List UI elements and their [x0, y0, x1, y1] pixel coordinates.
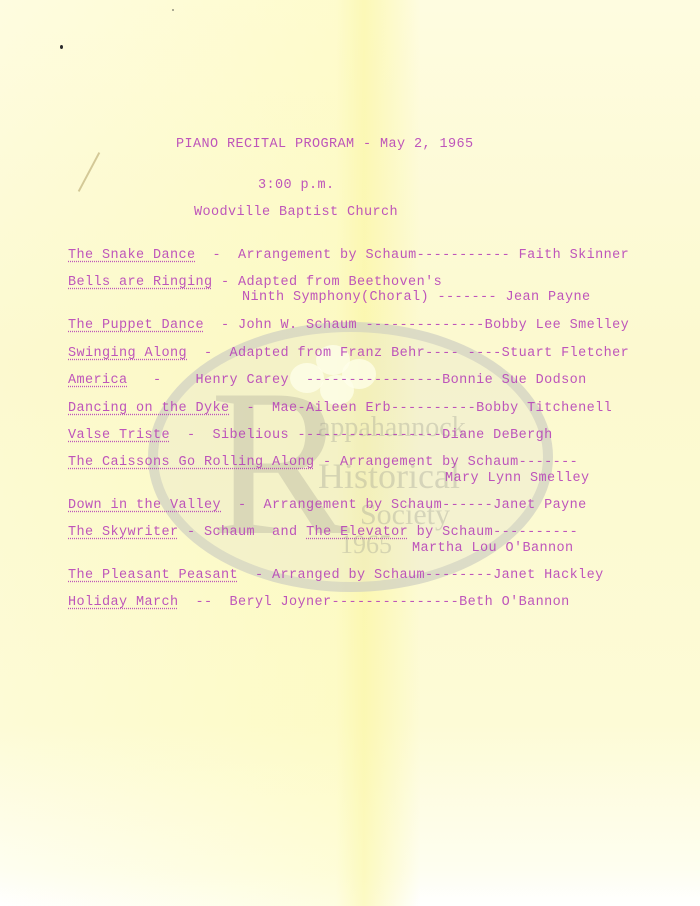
program-item: The Puppet Dance - John W. Schaum ------… [68, 318, 629, 334]
program-item: The Skywriter - Schaum and The Elevator … [68, 525, 578, 541]
composer: Ninth Symphony(Choral) ------- [242, 290, 506, 305]
ink-speck [60, 45, 63, 49]
program-item: America - Henry Carey ----------------Bo… [68, 373, 587, 389]
performer: Martha Lou O'Bannon [412, 541, 574, 556]
composer: - John W. Schaum -------------- [204, 318, 485, 333]
page-title: PIANO RECITAL PROGRAM - May 2, 1965 [176, 137, 474, 153]
composer: by Schaum---------- [408, 525, 578, 540]
program-item: The Snake Dance - Arrangement by Schaum-… [68, 248, 629, 264]
ink-speck [172, 9, 174, 11]
performer: Mary Lynn Smelley [445, 471, 590, 486]
piece-title: Dancing on the Dyke [68, 401, 230, 416]
program-item: Dancing on the Dyke - Mae-Aileen Erb----… [68, 401, 612, 417]
program-item: Holiday March -- Beryl Joyner-----------… [68, 595, 570, 611]
piece-title: Bells are Ringing [68, 275, 213, 290]
composer: - Schaum and [179, 525, 307, 540]
piece-title: America [68, 373, 128, 388]
piece-title: The Skywriter [68, 525, 179, 540]
piece-title: Holiday March [68, 595, 179, 610]
program-item-continued: Mary Lynn Smelley [445, 471, 590, 487]
performer: Beth O'Bannon [459, 595, 570, 610]
performer: Diane DeBergh [442, 428, 553, 443]
recital-time: 3:00 p.m. [258, 178, 335, 194]
performer: Bobby Lee Smelley [485, 318, 630, 333]
recital-venue: Woodville Baptist Church [194, 205, 398, 221]
composer: - Arrangement by Schaum----------- [196, 248, 519, 263]
piece-title: The Elevator [306, 525, 408, 540]
program-item-continued: Martha Lou O'Bannon [412, 541, 574, 557]
composer: - Arranged by Schaum-------- [238, 568, 493, 583]
program-item: Swinging Along - Adapted from Franz Behr… [68, 346, 629, 362]
performer: Bonnie Sue Dodson [442, 373, 587, 388]
composer: - Adapted from Franz Behr---- ---- [187, 346, 502, 361]
performer: Janet Hackley [493, 568, 604, 583]
piece-title: Swinging Along [68, 346, 187, 361]
piece-title: Valse Triste [68, 428, 170, 443]
program-item: Bells are Ringing - Adapted from Beethov… [68, 275, 442, 291]
piece-title: The Snake Dance [68, 248, 196, 263]
composer: - Henry Carey ---------------- [128, 373, 443, 388]
composer: -- Beryl Joyner--------------- [179, 595, 460, 610]
piece-title: The Puppet Dance [68, 318, 204, 333]
program-item: Valse Triste - Sibelious ---------------… [68, 428, 553, 444]
performer: Janet Payne [493, 498, 587, 513]
program-item-continued: Ninth Symphony(Choral) ------- Jean Payn… [242, 290, 591, 306]
program-item: The Caissons Go Rolling Along - Arrangem… [68, 455, 578, 471]
composer: - Arrangement by Schaum------- [315, 455, 579, 470]
composer: - Arrangement by Schaum------ [221, 498, 493, 513]
performer: Bobby Titchenell [476, 401, 612, 416]
performer: Stuart Fletcher [502, 346, 630, 361]
piece-title: The Caissons Go Rolling Along [68, 455, 315, 470]
program-item: Down in the Valley - Arrangement by Scha… [68, 498, 587, 514]
composer: - Sibelious ----------------- [170, 428, 442, 443]
performer: Jean Payne [506, 290, 591, 305]
composer: - Mae-Aileen Erb---------- [230, 401, 477, 416]
performer: Faith Skinner [519, 248, 630, 263]
composer: - Adapted from Beethoven's [213, 275, 443, 290]
piece-title: Down in the Valley [68, 498, 221, 513]
piece-title: The Pleasant Peasant [68, 568, 238, 583]
program-item: The Pleasant Peasant - Arranged by Schau… [68, 568, 604, 584]
